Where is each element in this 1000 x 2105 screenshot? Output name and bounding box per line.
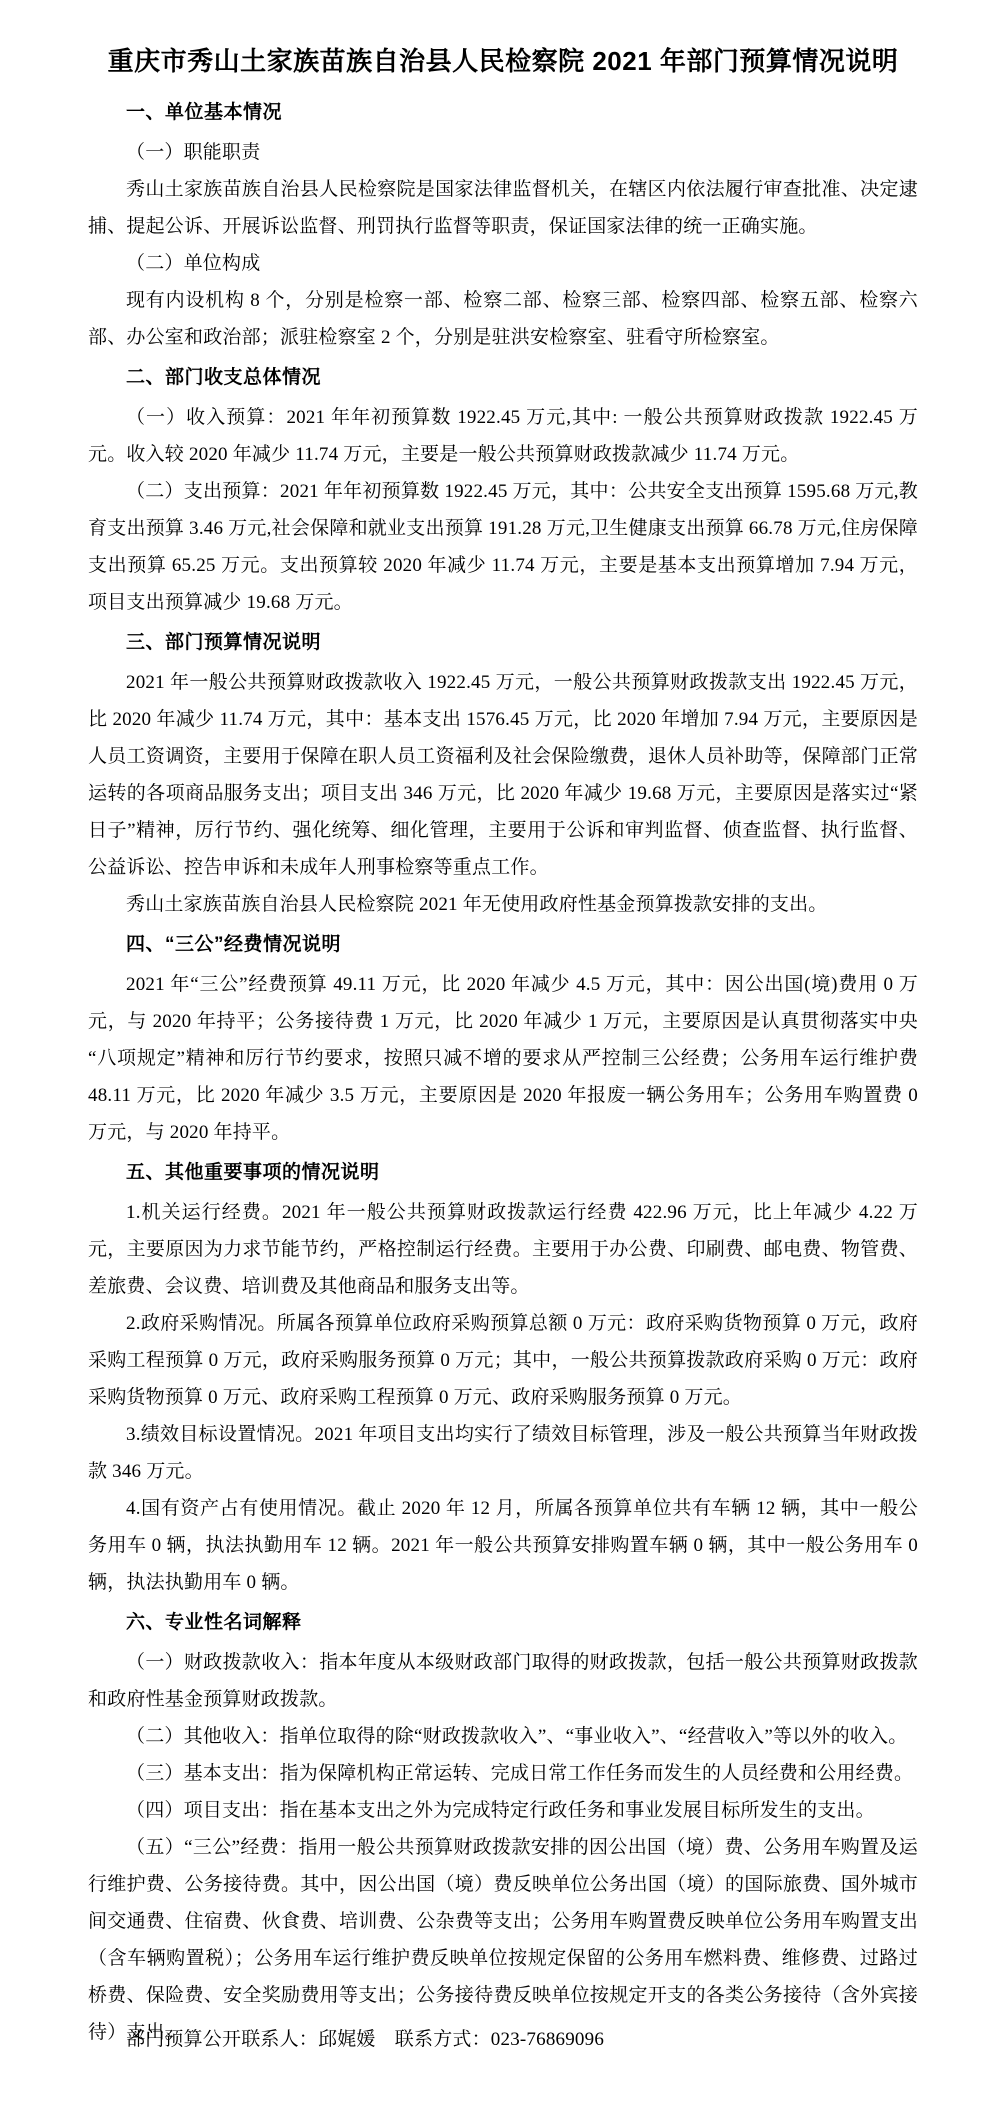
paragraph: 2021 年一般公共预算财政拨款收入 1922.45 万元，一般公共预算财政拨款…	[88, 664, 918, 886]
section-revenue-expenditure-overview: 二、部门收支总体情况 （一）收入预算：2021 年年初预算数 1922.45 万…	[88, 359, 918, 621]
paragraph: （一）财政拨款收入：指本年度从本级财政部门取得的财政拨款，包括一般公共预算财政拨…	[88, 1644, 918, 1718]
paragraph: （四）项目支出：指在基本支出之外为完成特定行政任务和事业发展目标所发生的支出。	[88, 1792, 918, 1829]
paragraph: （二）单位构成	[88, 245, 918, 282]
paragraph: （二）支出预算：2021 年年初预算数 1922.45 万元，其中：公共安全支出…	[88, 473, 918, 621]
paragraph: （五）“三公”经费：指用一般公共预算财政拨款安排的因公出国（境）费、公务用车购置…	[88, 1829, 918, 2051]
paragraph: 3.绩效目标设置情况。2021 年项目支出均实行了绩效目标管理，涉及一般公共预算…	[88, 1416, 918, 1490]
paragraph: 1.机关运行经费。2021 年一般公共预算财政拨款运行经费 422.96 万元，…	[88, 1194, 918, 1305]
section-heading: 三、部门预算情况说明	[88, 624, 918, 661]
paragraph: （三）基本支出：指为保障机构正常运转、完成日常工作任务而发生的人员经费和公用经费…	[88, 1755, 918, 1792]
paragraph: 秀山土家族苗族自治县人民检察院是国家法律监督机关，在辖区内依法履行审查批准、决定…	[88, 171, 918, 245]
section-unit-basic-info: 一、单位基本情况 （一）职能职责 秀山土家族苗族自治县人民检察院是国家法律监督机…	[88, 94, 918, 356]
section-heading: 五、其他重要事项的情况说明	[88, 1154, 918, 1191]
document-content: 重庆市秀山土家族苗族自治县人民检察院 2021 年部门预算情况说明 一、单位基本…	[88, 44, 918, 2051]
section-heading: 一、单位基本情况	[88, 94, 918, 131]
page-title: 重庆市秀山土家族苗族自治县人民检察院 2021 年部门预算情况说明	[88, 44, 918, 78]
paragraph: 2.政府采购情况。所属各预算单位政府采购预算总额 0 万元：政府采购货物预算 0…	[88, 1305, 918, 1416]
section-heading: 六、专业性名词解释	[88, 1604, 918, 1641]
section-heading: 四、“三公”经费情况说明	[88, 926, 918, 963]
paragraph: （一）职能职责	[88, 134, 918, 171]
paragraph: 秀山土家族苗族自治县人民检察院 2021 年无使用政府性基金预算拨款安排的支出。	[88, 886, 918, 923]
section-other-important-matters: 五、其他重要事项的情况说明 1.机关运行经费。2021 年一般公共预算财政拨款运…	[88, 1154, 918, 1601]
contact-info: 部门预算公开联系人：邱娓媛 联系方式：023-76869096	[88, 2021, 918, 2058]
section-budget-explanation: 三、部门预算情况说明 2021 年一般公共预算财政拨款收入 1922.45 万元…	[88, 624, 918, 923]
paragraph: （一）收入预算：2021 年年初预算数 1922.45 万元,其中: 一般公共预…	[88, 399, 918, 473]
paragraph: 4.国有资产占有使用情况。截止 2020 年 12 月，所属各预算单位共有车辆 …	[88, 1490, 918, 1601]
section-heading: 二、部门收支总体情况	[88, 359, 918, 396]
paragraph: 现有内设机构 8 个，分别是检察一部、检察二部、检察三部、检察四部、检察五部、检…	[88, 282, 918, 356]
paragraph: （二）其他收入：指单位取得的除“财政拨款收入”、“事业收入”、“经营收入”等以外…	[88, 1718, 918, 1755]
section-terminology: 六、专业性名词解释 （一）财政拨款收入：指本年度从本级财政部门取得的财政拨款，包…	[88, 1604, 918, 2051]
document-page: 重庆市秀山土家族苗族自治县人民检察院 2021 年部门预算情况说明 一、单位基本…	[0, 0, 1000, 2105]
section-three-public-expenses: 四、“三公”经费情况说明 2021 年“三公”经费预算 49.11 万元，比 2…	[88, 926, 918, 1151]
paragraph: 2021 年“三公”经费预算 49.11 万元，比 2020 年减少 4.5 万…	[88, 966, 918, 1151]
